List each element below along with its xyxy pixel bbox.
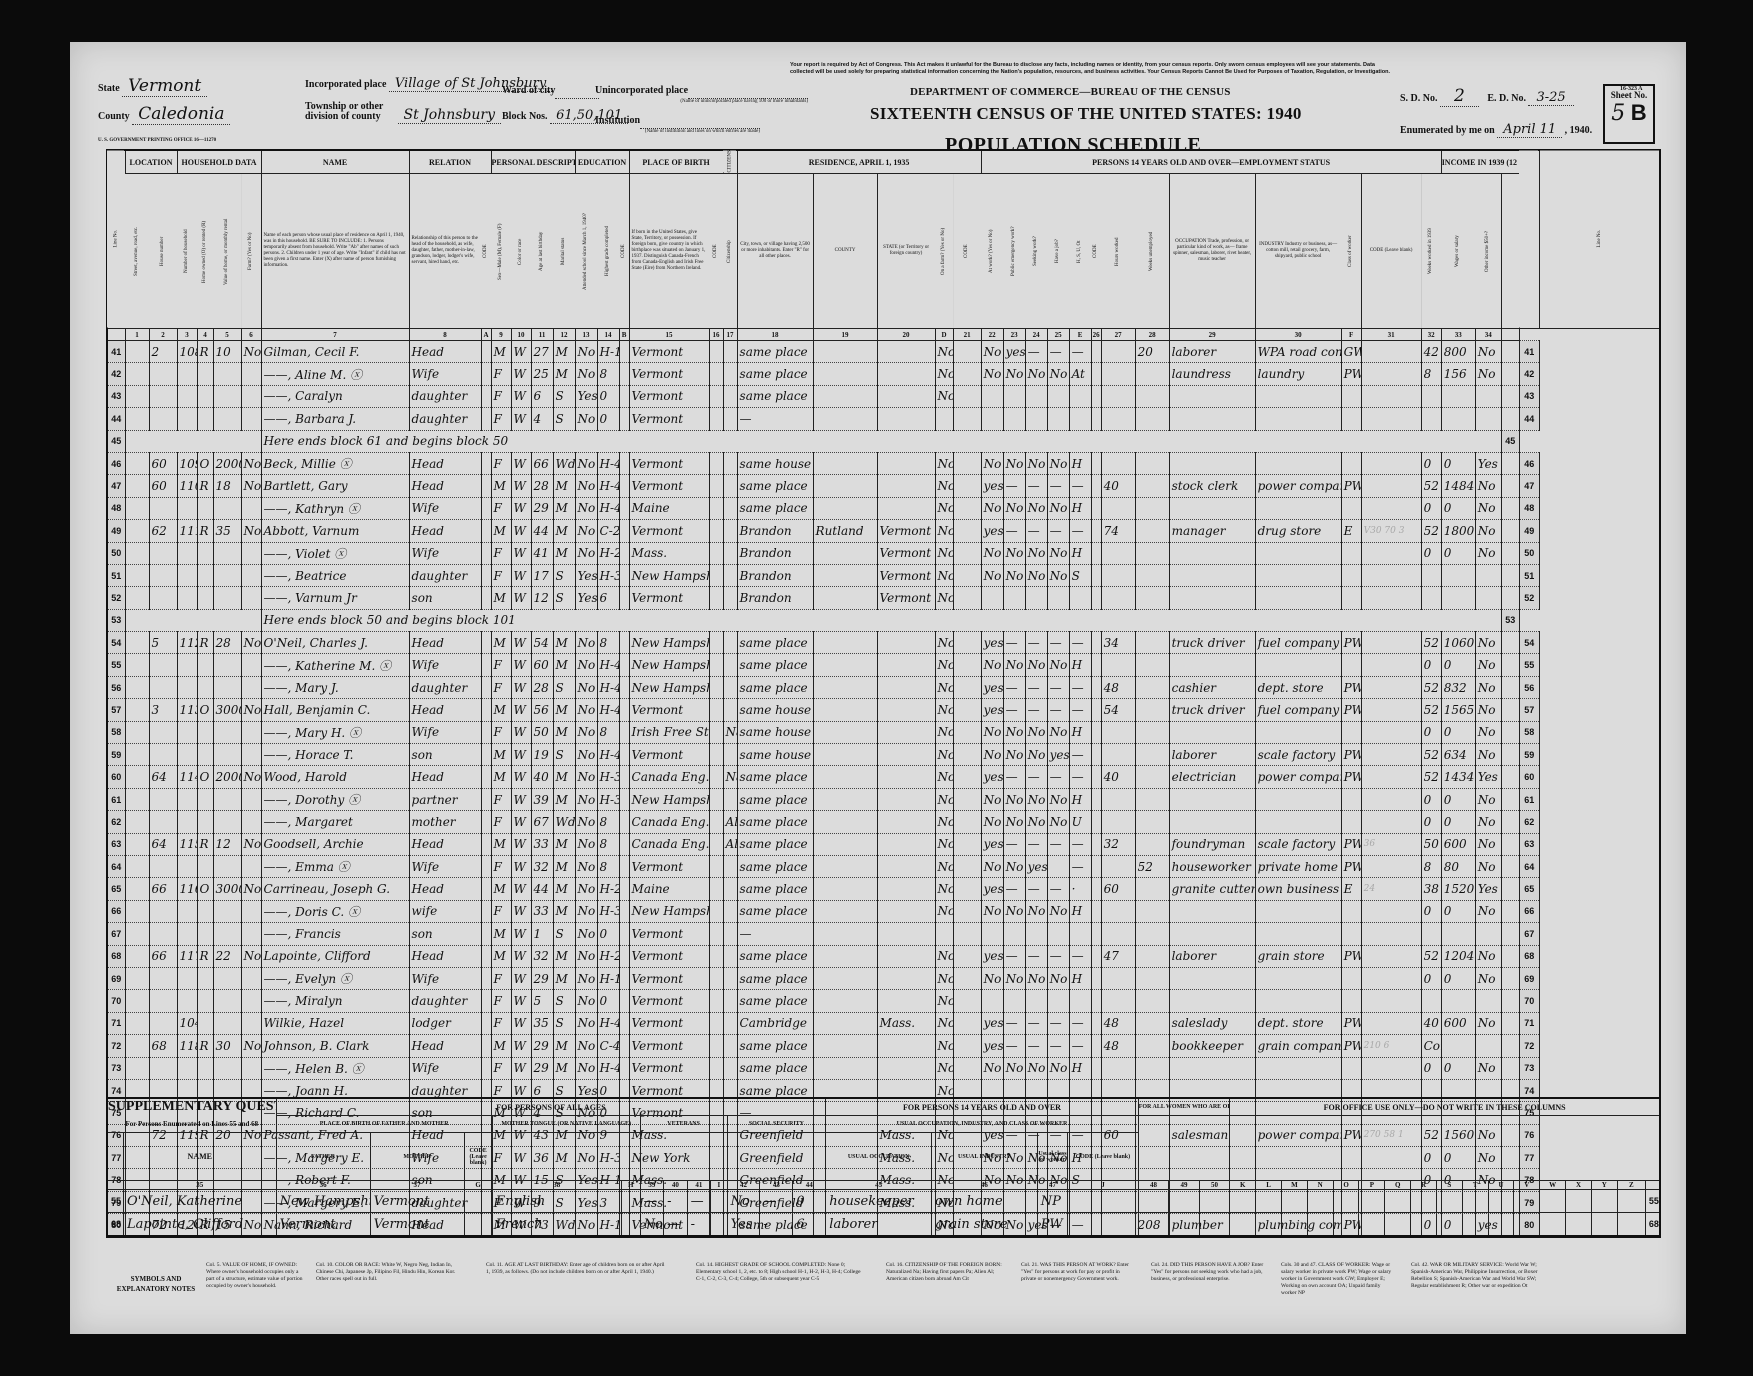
cell-bp: Vermont bbox=[629, 967, 709, 989]
cell-w21: yes bbox=[981, 1012, 1003, 1034]
person-row: 44——, Barbara J.daughterFW4SNo0Vermont—4… bbox=[107, 408, 1660, 430]
cell-school: No bbox=[575, 990, 597, 1012]
cell-ind bbox=[1255, 497, 1341, 519]
cell-rel: Wife bbox=[409, 967, 481, 989]
cell-grade: H-4 bbox=[597, 699, 619, 721]
cell-codeA bbox=[481, 699, 491, 721]
cell-rel: Head bbox=[409, 341, 481, 363]
cell-codeD bbox=[953, 1035, 981, 1057]
cell-cls: PW bbox=[1341, 699, 1361, 721]
cell-ms: S bbox=[553, 564, 575, 586]
cell-w22: — bbox=[1003, 833, 1025, 855]
supplementary-column-number: N bbox=[1307, 1181, 1333, 1190]
cell-sex: M bbox=[491, 744, 511, 766]
cell-codeD bbox=[953, 1012, 981, 1034]
cell-cls: PW bbox=[1341, 632, 1361, 654]
cell-res-state bbox=[877, 744, 935, 766]
supplementary-column-number: 50 bbox=[1199, 1181, 1230, 1190]
cell-res-city: same place bbox=[737, 632, 813, 654]
cell-bp: New Hampshire bbox=[629, 788, 709, 810]
cell-codeB bbox=[619, 542, 629, 564]
cell-hrs: 48 bbox=[1101, 1035, 1135, 1057]
cell-age: 17 bbox=[531, 564, 553, 586]
cell-w23: No bbox=[1025, 900, 1047, 922]
cell-ind: drug store bbox=[1255, 520, 1341, 542]
cell-bp: Vermont bbox=[629, 363, 709, 385]
cell-code bbox=[1361, 699, 1421, 721]
cell-name: ——, Beatrice bbox=[261, 564, 409, 586]
cell-race: W bbox=[511, 632, 531, 654]
cell-w24 bbox=[1047, 408, 1069, 430]
column-number: 17 bbox=[723, 329, 737, 341]
cell-grade: H-4 bbox=[597, 654, 619, 676]
cell-cit bbox=[723, 542, 737, 564]
cell-codeE bbox=[1091, 1012, 1101, 1034]
line-number: 64 bbox=[107, 855, 125, 877]
cell-codeB bbox=[619, 363, 629, 385]
cell-res-state bbox=[877, 385, 935, 407]
supplementary-column-number: 38 bbox=[492, 1181, 621, 1190]
cell-w25: — bbox=[1069, 475, 1091, 497]
cell-other: No bbox=[1475, 699, 1501, 721]
cell-w23 bbox=[1025, 587, 1047, 609]
cell-street bbox=[125, 587, 149, 609]
office-use-header: FOR OFFICE USE ONLY—DO NOT WRITE IN THES… bbox=[1230, 1098, 1660, 1116]
cell-hrs bbox=[1101, 497, 1135, 519]
cell-ind: dept. store bbox=[1255, 676, 1341, 698]
cell-house bbox=[149, 408, 177, 430]
cell-bp: Vermont bbox=[629, 744, 709, 766]
cell-farmsched bbox=[1501, 475, 1519, 497]
person-row: 62——, MargaretmotherFW67WdNo8Canada Eng.… bbox=[107, 811, 1660, 833]
cell-codeE bbox=[1091, 833, 1101, 855]
cell-wage: 1484 bbox=[1441, 475, 1475, 497]
cell-wage: 1204 bbox=[1441, 945, 1475, 967]
cell-codeC bbox=[709, 542, 723, 564]
cell-bp: Vermont bbox=[629, 408, 709, 430]
cell-age: 39 bbox=[531, 788, 553, 810]
cell-value bbox=[213, 385, 241, 407]
cell-value: 2000 bbox=[213, 452, 241, 474]
cell-wk: 0 bbox=[1421, 452, 1441, 474]
cell-rel: Head bbox=[409, 632, 481, 654]
cell-codeC bbox=[709, 385, 723, 407]
cell-codeC bbox=[709, 900, 723, 922]
cell-w24 bbox=[1047, 990, 1069, 1012]
person-row: 61——, Dorothy ⓧpartnerFW39MNoH-3New Hamp… bbox=[107, 788, 1660, 810]
cell-weeks-unemp bbox=[1135, 990, 1169, 1012]
cell-res-state bbox=[877, 475, 935, 497]
cell-w23: — bbox=[1025, 632, 1047, 654]
cell-farmsched bbox=[1501, 1035, 1519, 1057]
cell-farm: No bbox=[241, 1035, 261, 1057]
cell-grade: H-4 bbox=[597, 1012, 619, 1034]
cell-res-state bbox=[877, 878, 935, 900]
cell-codeE bbox=[1091, 497, 1101, 519]
cell-codeB bbox=[619, 923, 629, 945]
cell-value bbox=[213, 587, 241, 609]
cell-hh: 114 bbox=[177, 766, 197, 788]
supp-cell-w49 bbox=[1169, 1213, 1200, 1237]
cell-hrs bbox=[1101, 744, 1135, 766]
cell-res-city: same place bbox=[737, 1035, 813, 1057]
cell-age: 67 bbox=[531, 811, 553, 833]
cell-rel: son bbox=[409, 744, 481, 766]
cell-value: 30 bbox=[213, 1035, 241, 1057]
line-number-right: 63 bbox=[1519, 833, 1539, 855]
cell-codeD bbox=[953, 900, 981, 922]
cell-codeD bbox=[953, 542, 981, 564]
cell-codeA bbox=[481, 900, 491, 922]
line-number: 44 bbox=[107, 408, 125, 430]
cell-w22: No bbox=[1003, 967, 1025, 989]
person-row: 412108R10NoGilman, Cecil F.HeadMW27MNoH-… bbox=[107, 341, 1660, 363]
cell-cit bbox=[723, 564, 737, 586]
cell-w25: — bbox=[1069, 766, 1091, 788]
cell-street bbox=[125, 1012, 149, 1034]
cell-res-farm: No bbox=[935, 1012, 953, 1034]
cell-cit bbox=[723, 497, 737, 519]
cell-code bbox=[1361, 564, 1421, 586]
cell-occ bbox=[1169, 385, 1255, 407]
cell-hh bbox=[177, 497, 197, 519]
cell-ind bbox=[1255, 452, 1341, 474]
cell-race: W bbox=[511, 945, 531, 967]
cell-name: Abbott, Varnum bbox=[261, 520, 409, 542]
cell-hrs: 54 bbox=[1101, 699, 1135, 721]
cell-grade: C-4 bbox=[597, 1035, 619, 1057]
cell-hh bbox=[177, 900, 197, 922]
cell-res-county bbox=[813, 497, 877, 519]
cell-hh bbox=[177, 542, 197, 564]
cell-w22: — bbox=[1003, 1012, 1025, 1034]
line-number-right: 68 bbox=[1519, 945, 1539, 967]
cell-farm bbox=[241, 1012, 261, 1034]
cell-hh bbox=[177, 363, 197, 385]
cell-rel: Head bbox=[409, 878, 481, 900]
cell-rel: mother bbox=[409, 811, 481, 833]
cell-hh: 118 bbox=[177, 1035, 197, 1057]
cell-wage bbox=[1441, 1035, 1475, 1057]
cell-res-city: same place bbox=[737, 855, 813, 877]
cell-grade: H-4 bbox=[597, 475, 619, 497]
cell-codeA bbox=[481, 1012, 491, 1034]
cell-ms: M bbox=[553, 497, 575, 519]
person-row: 7268118R30NoJohnson, B. ClarkHeadMW29MNo… bbox=[107, 1035, 1660, 1057]
cell-code bbox=[1361, 721, 1421, 743]
cell-street bbox=[125, 766, 149, 788]
cell-wk: 0 bbox=[1421, 654, 1441, 676]
cell-house bbox=[149, 967, 177, 989]
cell-codeA bbox=[481, 385, 491, 407]
cell-wk: 52 bbox=[1421, 945, 1441, 967]
cell-farm bbox=[241, 721, 261, 743]
cell-w25: — bbox=[1069, 833, 1091, 855]
cell-w25: · bbox=[1069, 878, 1091, 900]
cell-sex: F bbox=[491, 721, 511, 743]
education-header: EDUCATION bbox=[575, 150, 629, 174]
cell-codeE bbox=[1091, 408, 1101, 430]
cell-school: No bbox=[575, 654, 597, 676]
cell-ms: S bbox=[553, 385, 575, 407]
cell-hrs bbox=[1101, 1057, 1135, 1079]
cell-w24: No bbox=[1047, 452, 1069, 474]
cell-w25: — bbox=[1069, 744, 1091, 766]
line-number: 55 bbox=[107, 654, 125, 676]
sheet-number-box: Sheet No. 5 B bbox=[1603, 84, 1655, 144]
cell-w24: — bbox=[1047, 676, 1069, 698]
column-number: 22 bbox=[981, 329, 1003, 341]
cell-race: W bbox=[511, 497, 531, 519]
line-number: 68 bbox=[107, 1213, 123, 1237]
line-number-right: 61 bbox=[1519, 788, 1539, 810]
cell-w25: H bbox=[1069, 497, 1091, 519]
cell-grade: 8 bbox=[597, 811, 619, 833]
cell-occ bbox=[1169, 923, 1255, 945]
cell-hrs bbox=[1101, 811, 1135, 833]
cell-res-farm: No bbox=[935, 676, 953, 698]
cell-res-state bbox=[877, 833, 935, 855]
cell-street bbox=[125, 945, 149, 967]
cell-codeE bbox=[1091, 385, 1101, 407]
cell-codeC bbox=[709, 475, 723, 497]
cell-street bbox=[125, 878, 149, 900]
cell-wk: 8 bbox=[1421, 363, 1441, 385]
cell-w24: — bbox=[1047, 878, 1069, 900]
cell-farm: No bbox=[241, 878, 261, 900]
cell-wk: 52 bbox=[1421, 520, 1441, 542]
cell-w23: — bbox=[1025, 676, 1047, 698]
cell-value bbox=[213, 855, 241, 877]
cell-res-city: same place bbox=[737, 766, 813, 788]
cell-res-city: same place bbox=[737, 363, 813, 385]
cell-occ: laborer bbox=[1169, 744, 1255, 766]
cell-bp: Vermont bbox=[629, 1035, 709, 1057]
cell-farmsched bbox=[1501, 833, 1519, 855]
cell-codeA bbox=[481, 632, 491, 654]
cell-w25: H bbox=[1069, 788, 1091, 810]
cell-other: No bbox=[1475, 676, 1501, 698]
cell-other: No bbox=[1475, 900, 1501, 922]
cell-w22 bbox=[1003, 990, 1025, 1012]
cell-wk: 52 bbox=[1421, 744, 1441, 766]
cell-w22: — bbox=[1003, 632, 1025, 654]
cell-weeks-unemp bbox=[1135, 564, 1169, 586]
column-number: 4 bbox=[197, 329, 213, 341]
cell-wage bbox=[1441, 923, 1475, 945]
line-number-right: 55 bbox=[1645, 1190, 1660, 1213]
cell-wage: 0 bbox=[1441, 900, 1475, 922]
cell-code bbox=[1361, 341, 1421, 363]
line-number: 69 bbox=[107, 967, 125, 989]
cell-codeB bbox=[619, 766, 629, 788]
cell-sex: M bbox=[491, 475, 511, 497]
cell-house: 64 bbox=[149, 766, 177, 788]
cell-own: R bbox=[197, 475, 213, 497]
cell-sex: F bbox=[491, 564, 511, 586]
cell-rel: Head bbox=[409, 766, 481, 788]
cell-codeC bbox=[709, 1057, 723, 1079]
cell-house bbox=[149, 900, 177, 922]
cell-w22: No bbox=[1003, 811, 1025, 833]
supp-cell-ss43: - bbox=[760, 1213, 793, 1237]
cell-farmsched bbox=[1501, 341, 1519, 363]
cell-wk: 42 bbox=[1421, 341, 1441, 363]
cell-age: 41 bbox=[531, 542, 553, 564]
cell-res-county bbox=[813, 676, 877, 698]
cell-w24 bbox=[1047, 587, 1069, 609]
cell-wage bbox=[1441, 564, 1475, 586]
cell-cls: PW bbox=[1341, 1012, 1361, 1034]
office-use-cell bbox=[1540, 1213, 1566, 1237]
cell-ms: M bbox=[553, 721, 575, 743]
cell-ind bbox=[1255, 385, 1341, 407]
cell-codeD bbox=[953, 811, 981, 833]
cell-sex: F bbox=[491, 788, 511, 810]
cell-wage: 1565 bbox=[1441, 699, 1475, 721]
cell-res-farm: No bbox=[935, 564, 953, 586]
cell-code: 210 6 bbox=[1361, 1035, 1421, 1057]
cell-code bbox=[1361, 497, 1421, 519]
line-number: 65 bbox=[107, 878, 125, 900]
office-use-cell bbox=[1617, 1190, 1645, 1213]
column-number bbox=[1501, 329, 1519, 341]
line-number: 48 bbox=[107, 497, 125, 519]
cell-codeB bbox=[619, 632, 629, 654]
cell-farm: No bbox=[241, 945, 261, 967]
supplementary-column-number: 44 bbox=[793, 1181, 826, 1190]
cell-res-state bbox=[877, 923, 935, 945]
supp-cell-cls: PW bbox=[1037, 1213, 1068, 1237]
line-number-right: 62 bbox=[1519, 811, 1539, 833]
cell-w23 bbox=[1025, 923, 1047, 945]
cell-code bbox=[1361, 766, 1421, 788]
cell-age: 1 bbox=[531, 923, 553, 945]
township-value: St Johnsbury bbox=[398, 107, 502, 124]
cell-codeC bbox=[709, 788, 723, 810]
cell-codeC bbox=[709, 833, 723, 855]
cell-w22: No bbox=[1003, 1057, 1025, 1079]
cell-grade: H-4 bbox=[597, 1057, 619, 1079]
cell-rel: Head bbox=[409, 699, 481, 721]
cell-codeC bbox=[709, 878, 723, 900]
state-field: State Vermont bbox=[98, 76, 207, 96]
cell-w22: No bbox=[1003, 542, 1025, 564]
cell-house: 3 bbox=[149, 699, 177, 721]
cell-bp: Vermont bbox=[629, 699, 709, 721]
cell-codeE bbox=[1091, 945, 1101, 967]
column-number: 27 bbox=[1101, 329, 1135, 341]
line-number-right: 68 bbox=[1645, 1213, 1660, 1237]
cell-race: W bbox=[511, 855, 531, 877]
cell-wage: 0 bbox=[1441, 542, 1475, 564]
cell-wage: 1060 bbox=[1441, 632, 1475, 654]
column-number: 30 bbox=[1255, 329, 1341, 341]
cell-w23 bbox=[1025, 990, 1047, 1012]
over14-header: FOR PERSONS 14 YEARS OLD AND OVER bbox=[826, 1098, 1138, 1116]
cell-res-city: same place bbox=[737, 900, 813, 922]
cell-w23: yes bbox=[1025, 855, 1047, 877]
cell-wk: 52 bbox=[1421, 676, 1441, 698]
cell-own: O bbox=[197, 452, 213, 474]
cell-cls bbox=[1341, 990, 1361, 1012]
cell-res-state: Vermont bbox=[877, 542, 935, 564]
cell-rel: Wife bbox=[409, 1057, 481, 1079]
supp-cell-ind: grain store bbox=[931, 1213, 1037, 1237]
supplementary-column-number: 39 bbox=[640, 1181, 663, 1190]
person-row: 42——, Aline M. ⓧWifeFW25MNo8Vermontsame … bbox=[107, 363, 1660, 385]
cell-bp: Vermont bbox=[629, 923, 709, 945]
cell-w21 bbox=[981, 923, 1003, 945]
office-use-cell bbox=[1385, 1213, 1411, 1237]
cell-codeB bbox=[619, 721, 629, 743]
cell-farm bbox=[241, 744, 261, 766]
line-number: 73 bbox=[107, 1057, 125, 1079]
line-number: 72 bbox=[107, 1035, 125, 1057]
supplementary-column-number: 37 bbox=[370, 1181, 464, 1190]
cell-codeB bbox=[619, 654, 629, 676]
cell-cls bbox=[1341, 408, 1361, 430]
cell-ind bbox=[1255, 721, 1341, 743]
cell-cls bbox=[1341, 452, 1361, 474]
cell-codeE bbox=[1091, 766, 1101, 788]
line-number-right: 59 bbox=[1519, 744, 1539, 766]
cell-age: 32 bbox=[531, 945, 553, 967]
cell-other: No bbox=[1475, 967, 1501, 989]
cell-res-state bbox=[877, 632, 935, 654]
cell-w23: — bbox=[1025, 833, 1047, 855]
cell-res-city: same place bbox=[737, 990, 813, 1012]
cell-weeks-unemp bbox=[1135, 878, 1169, 900]
cell-farmsched bbox=[1501, 878, 1519, 900]
cell-sex: M bbox=[491, 341, 511, 363]
cell-w23: — bbox=[1025, 520, 1047, 542]
cell-name: ——, Evelyn ⓧ bbox=[261, 967, 409, 989]
cell-codeC bbox=[709, 945, 723, 967]
cell-own bbox=[197, 855, 213, 877]
cell-cit bbox=[723, 475, 737, 497]
cell-w22: — bbox=[1003, 878, 1025, 900]
cell-wage: 0 bbox=[1441, 654, 1475, 676]
column-number: 26 bbox=[1091, 329, 1101, 341]
cell-age: 27 bbox=[531, 341, 553, 363]
cell-grade: 8 bbox=[597, 632, 619, 654]
line-number-right: 58 bbox=[1519, 721, 1539, 743]
cell-farmsched bbox=[1501, 632, 1519, 654]
cell-farm bbox=[241, 900, 261, 922]
line-number-right: 51 bbox=[1519, 564, 1539, 586]
cell-wk: 0 bbox=[1421, 721, 1441, 743]
cell-occ bbox=[1169, 452, 1255, 474]
all-ages-header: FOR PERSONS OF ALL AGES bbox=[276, 1098, 826, 1116]
person-row: 66——, Doris C. ⓧwifeFW33MNoH-3New Hampsh… bbox=[107, 900, 1660, 922]
cell-occ: foundryman bbox=[1169, 833, 1255, 855]
cell-name: ——, Miralyn bbox=[261, 990, 409, 1012]
cell-farm bbox=[241, 967, 261, 989]
person-row: 73——, Helen B. ⓧWifeFW29MNoH-4Vermontsam… bbox=[107, 1057, 1660, 1079]
cell-weeks-unemp bbox=[1135, 632, 1169, 654]
cell-school: No bbox=[575, 1012, 597, 1034]
supp-cell-ss43: — bbox=[760, 1190, 793, 1213]
cell-w24: No bbox=[1047, 811, 1069, 833]
cell-weeks-unemp bbox=[1135, 721, 1169, 743]
cell-rel: son bbox=[409, 923, 481, 945]
cell-age: 5 bbox=[531, 990, 553, 1012]
line-number: 62 bbox=[107, 811, 125, 833]
cell-house bbox=[149, 811, 177, 833]
cell-street bbox=[125, 990, 149, 1012]
office-use-cell bbox=[1566, 1190, 1592, 1213]
